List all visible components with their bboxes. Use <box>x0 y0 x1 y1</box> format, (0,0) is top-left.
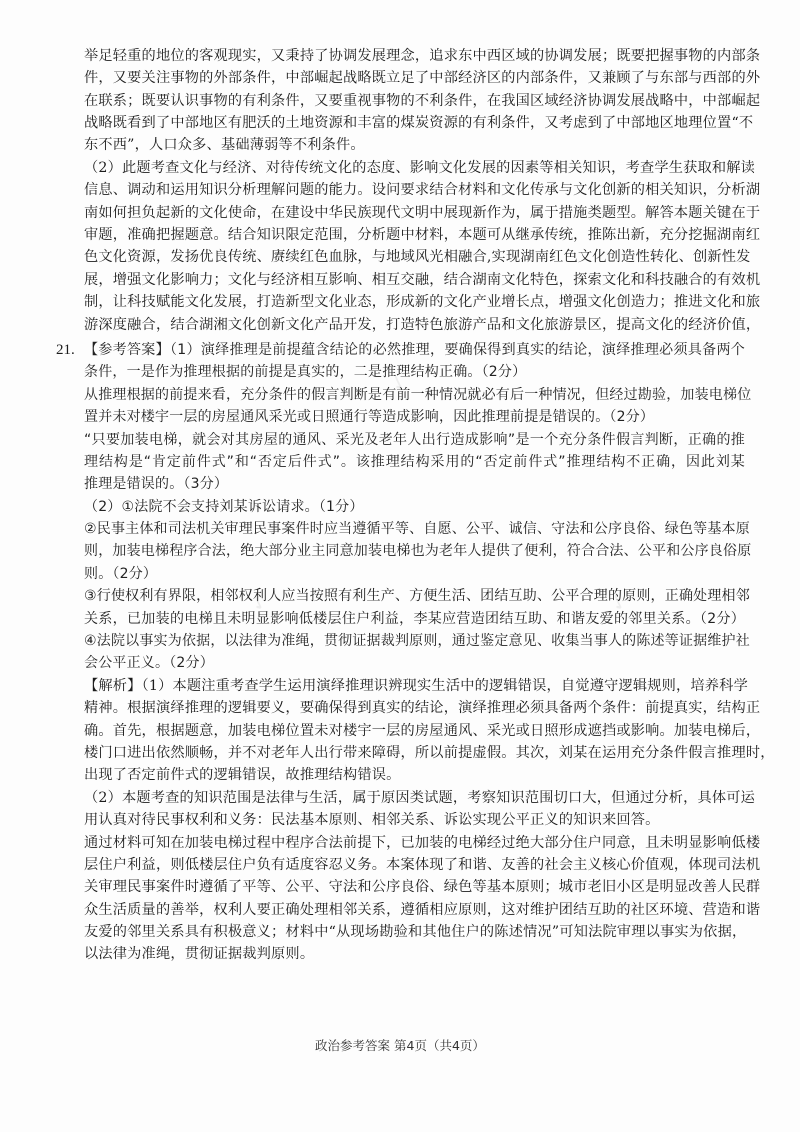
text-line: 条件，一是作为推理根据的前提是真实的，二是推理结构正确。（2分） <box>84 361 745 383</box>
text-line: （2）本题考查的知识范围是法律与生活，属于原因类试题，考察知识范围切口大，但通过… <box>84 787 745 809</box>
text-line: 色文化资源，发扬优良传统、赓续红色血脉，与地域风光相融合,实现湖南红色文化创造性… <box>84 246 745 268</box>
text-line: 【参考答案】（1）演绎推理是前提蕴含结论的必然推理，要确保得到真实的结论，演绎推… <box>84 339 745 361</box>
text-line: ③行使权利有界限，相邻权利人应当按照有利生产、方便生活、团结互助、公平合理的原则… <box>84 585 745 607</box>
text-line: 从推理根据的前提来看，充分条件的假言判断是有前一种情况就必有后一种情况，但经过勘… <box>84 384 745 406</box>
answer-key-page: ✓ ✓ ✓ ✓ 举足轻重的地位的客观现实，又秉持了协调发展理念，追求东中西区域的… <box>0 0 800 1132</box>
text-line: 理结构是“肯定前件式”和“否定后件式”。该推理结构采用的“否定前件式”推理结构不… <box>84 451 745 473</box>
text-line: （2）此题考查文化与经济、对待传统文化的态度、影响文化发展的因素等相关知识，考查… <box>84 157 745 179</box>
text-line: 则，加装电梯程序合法，绝大部分业主同意加装电梯也为老年人提供了便利，符合合法、公… <box>84 540 745 562</box>
text-line: ②民事主体和司法机关审理民事案件时应当遵循平等、自愿、公平、诚信、守法和公序良俗… <box>84 518 745 540</box>
text-line: 层住户利益，则低楼层住户负有适度容忍义务。本案体现了和谐、友善的社会主义核心价值… <box>84 854 745 876</box>
text-line: 楼门口进出依然顺畅，并不对老年人出行带来障碍，所以前提虚假。其次，刘某在运用充分… <box>84 742 745 764</box>
text-line: 通过材料可知在加装电梯过程中程序合法前提下，已加装的电梯经过绝大部分住户同意，且… <box>84 832 745 854</box>
text-line: 审题，准确把握题意。结合知识限定范围，分析题中材料，本题可从继承传统，推陈出新，… <box>84 224 745 246</box>
text-line: 推理是错误的。（3分） <box>84 473 745 495</box>
text-line: 在联系；既要认识事物的有利条件，又要重视事物的不利条件，在我国区域经济协调发展战… <box>84 90 745 112</box>
text-line: 件，又要关注事物的外部条件，中部崛起战略既立足了中部经济区的内部条件，又兼顾了与… <box>84 67 745 89</box>
page-footer: 政治参考答案 第4页（共4页） <box>0 1036 800 1054</box>
text-line: 关系，已加装的电梯且未明显影响低楼层住户利益，李某应营造团结互助、和谐友爱的邻里… <box>84 608 745 630</box>
text-line: 出现了否定前件式的逻辑错误，故推理结构错误。 <box>84 764 745 786</box>
text-line: 举足轻重的地位的客观现实，又秉持了协调发展理念，追求东中西区域的协调发展；既要把… <box>84 45 745 67</box>
text-line: 战略既看到了中部地区有肥沃的土地资源和丰富的煤炭资源的有利条件，又考虑到了中部地… <box>84 112 745 134</box>
text-line: 众生活质量的善举，权利人要正确处理相邻关系，遵循相应原则，这对维护团结互助的社区… <box>84 899 745 921</box>
text-line: 则。（2分） <box>84 563 745 585</box>
text-line: 游深度融合，结合湖湘文化创新文化产品开发，打造特色旅游产品和文化旅游景区，提高文… <box>84 314 745 336</box>
text-line: ④法院以事实为依据，以法律为准绳，贯彻证据裁判原则，通过鉴定意见、收集当事人的陈… <box>84 630 745 652</box>
text-line: （2）①法院不会支持刘某诉讼请求。（1分） <box>84 496 745 518</box>
text-line: 制，让科技赋能文化发展，打造新型文化业态，形成新的文化产业增长点，增强文化创造力… <box>84 291 745 313</box>
text-line: 置并未对楼宇一层的房屋通风采光或日照通行等造成影响，因此推理前提是错误的。（2分… <box>84 406 745 428</box>
text-line: “只要加装电梯，就会对其房屋的通风、采光及老年人出行造成影响”是一个充分条件假言… <box>84 429 745 451</box>
text-line: 以法律为准绳，贯彻证据裁判原则。 <box>84 943 745 965</box>
text-line: 关审理民事案件时遵循了平等、公平、守法和公序良俗、绿色等基本原则；城市老旧小区是… <box>84 876 745 898</box>
text-line: 信息、调动和运用知识分析理解问题的能力。设问要求结合材料和文化传承与文化创新的相… <box>84 179 745 201</box>
text-line: 确。首先，根据题意，加装电梯位置未对楼宇一层的房屋通风、采光或日照形成遮挡或影响… <box>84 720 745 742</box>
text-line: 用认真对待民事权利和义务：民法基本原则、相邻关系、诉讼实现公平正义的知识来回答。 <box>84 809 745 831</box>
text-line: 南如何担负起新的文化使命，在建设中华民族现代文明中展现新作为，属于措施类题型。解… <box>84 202 745 224</box>
text-line: 精神。根据演绎推理的逻辑要义，要确保得到真实的结论，演绎推理必须具备两个条件：前… <box>84 697 745 719</box>
question-number: 21. <box>56 339 75 361</box>
text-line: 友爱的邻里关系具有积极意义；材料中“从现场勘验和其他住户的陈述情况”可知法院审理… <box>84 921 745 943</box>
text-line: 会公平正义。（2分） <box>84 652 745 674</box>
text-line: 东不西”，人口众多、基础薄弱等不利条件。 <box>84 134 745 156</box>
text-line: 展，增强文化影响力；文化与经济相互影响、相互交融，结合湖南文化特色，探索文化和科… <box>84 269 745 291</box>
text-line: 【解析】（1）本题注重考查学生运用演绎推理识辨现实生活中的逻辑错误，自觉遵守逻辑… <box>84 675 745 697</box>
